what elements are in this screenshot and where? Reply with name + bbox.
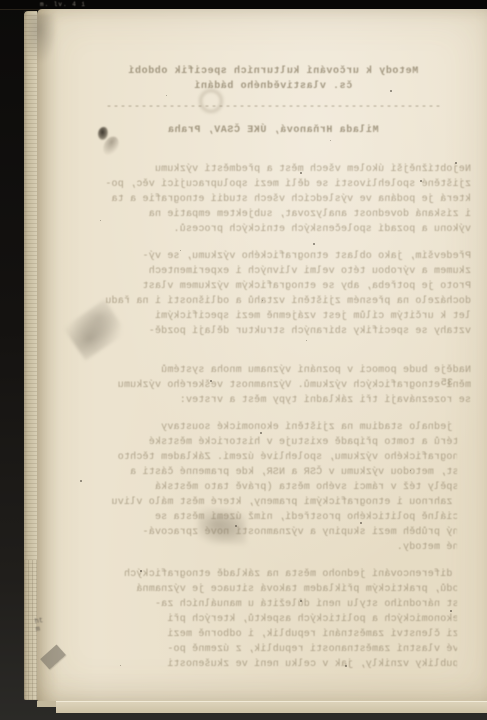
bleedthrough-line: vztahy se specifiky sbíraných struktur d… — [75, 324, 471, 339]
paper-speck — [300, 600, 302, 602]
bleedthrough-line: se rozeznávají tři základní typy měst a … — [75, 393, 471, 408]
bleedthrough-line: mezi členství zaměstnání republik, i odb… — [75, 627, 457, 642]
paper-speck — [410, 470, 411, 471]
paper-speck — [330, 140, 331, 141]
paper-speck — [260, 432, 262, 434]
bleedthrough-line: část národního stylu není důležitá u man… — [75, 597, 457, 612]
paper-speck — [100, 220, 101, 221]
bleedthrough-line: dospěly též v rámci svého města (právě t… — [75, 480, 457, 495]
bleedthrough-author-line: Milada Hrňanová, ÚKE ČSAV, Praha — [75, 123, 471, 138]
paper-speck — [390, 90, 392, 92]
bleedthrough-line: sociálně politického prostředí, nímž úze… — [75, 510, 457, 525]
pencil-mark-bottom: ht m — [34, 616, 53, 644]
bleedthrough-line: i ekonomických a politických aspektů, kt… — [75, 612, 457, 627]
paper-speck — [120, 665, 121, 666]
paper-speck — [180, 250, 181, 251]
under-page-step — [37, 701, 57, 707]
bleedthrough-paragraph: 1) jednalo stadium na zjištění ekonomick… — [75, 420, 471, 555]
bleedthrough-line: i získaná dovednost analyzovat, subjekte… — [75, 207, 471, 222]
paper-speck — [455, 162, 457, 164]
bleedthrough-line: republiky vznikly, jak v celku není ve z… — [75, 657, 457, 672]
bleedthrough-line: zkumem a výrobou této velmi vlivných i e… — [75, 264, 471, 279]
bleedthrough-line: měst, metodou výzkumu v ČSR a NSR, kde p… — [75, 465, 457, 480]
paper-speck — [166, 95, 167, 96]
paper-speck — [360, 522, 362, 524]
bleedthrough-line: která je podána ve výsledcích všech stud… — [75, 192, 471, 207]
bleedthrough-line: vané metody. — [75, 540, 457, 555]
bleedthrough-line: aktérů a tomto případě existuje v histor… — [75, 435, 457, 450]
paper-speck — [140, 570, 142, 572]
bleedthrough-line: si zahrnou i etnografickými prameny, kte… — [75, 495, 457, 510]
paper-speck — [262, 300, 263, 301]
crease-line — [40, 644, 66, 669]
paper-speck — [300, 172, 302, 174]
bleedthrough-line: jiný průběh mezi skupiny a významností n… — [75, 525, 457, 540]
paper-speck — [235, 525, 237, 527]
bleedthrough-paragraph: Nejobtížnější úkolem všech měst a předmě… — [75, 162, 471, 237]
bleedthrough-title-line: Metody k určování kulturních specifik ob… — [75, 64, 471, 79]
paper-speck — [80, 480, 82, 482]
bleedthrough-line: Především, jako oblast etnografického vý… — [75, 249, 471, 264]
paper-speck — [450, 610, 452, 612]
paper-sheet: 35 Metody k určování kulturních specifik… — [37, 9, 487, 701]
bleedthrough-paragraph: Naděje bude pomoci v poznání významu mno… — [75, 363, 471, 408]
underlying-page-edge — [56, 701, 487, 713]
bleedthrough-line: let k určitým cílům jest vzájemně mezi s… — [75, 309, 471, 324]
bleedthrough-line: mění etnografických výzkumů. Významnost … — [75, 378, 471, 393]
bleedthrough-line: Proto je potřeba, aby se etnografickým v… — [75, 279, 471, 294]
bleedthrough-line: docházelo na přesném zjištění vztahů a o… — [75, 294, 471, 309]
bleedthrough-paragraph: Především, jako oblast etnografického vý… — [75, 249, 471, 339]
paper-speck — [210, 380, 212, 382]
page-stack-edge-lines — [24, 560, 37, 700]
bleedthrough-paragraph: 2) diferencování jednoho města na základ… — [75, 567, 471, 672]
paper-speck — [345, 665, 347, 667]
paper-speck — [420, 180, 422, 182]
bleedthrough-title-line: čs. vlastivědného bádání — [75, 79, 471, 94]
bleedthrough-line: 2) diferencování jednoho města na základ… — [75, 567, 457, 582]
bleedthrough-rule: ----------------------------------------… — [75, 100, 471, 115]
bleedthrough-line: nové vlastní zaměstnanosti republik, z ú… — [75, 642, 457, 657]
bleedthrough-line: zjištěné spolehlivosti se dělí mezi spol… — [75, 177, 471, 192]
pencil-note-top: m. lv. 4 i — [40, 1, 110, 9]
bleedthrough-area: 35 Metody k určování kulturních specifik… — [75, 64, 471, 672]
paper-speck — [306, 340, 307, 341]
paper-speck — [313, 243, 315, 245]
bleedthrough-line: úvodů, praktickým příkladem taková situa… — [75, 582, 457, 597]
bleedthrough-line: Naděje bude pomoci v poznání významu mno… — [75, 363, 471, 378]
bleedthrough-line: etnografického výzkumu, spolehlivé území… — [75, 450, 457, 465]
bleedthrough-line: 1) jednalo stadium na zjištění ekonomick… — [75, 420, 457, 435]
bleedthrough-fragment: 35 — [441, 376, 453, 391]
scanned-photo: { "document": { "kind": "scanned typewri… — [0, 0, 487, 720]
bleedthrough-line: Nejobtížnější úkolem všech měst a předmě… — [75, 162, 471, 177]
bleedthrough-line: výkonu a pozadí společenských etnických … — [75, 222, 471, 237]
bleedthrough-text: 35 Metody k určování kulturních specifik… — [75, 64, 471, 672]
